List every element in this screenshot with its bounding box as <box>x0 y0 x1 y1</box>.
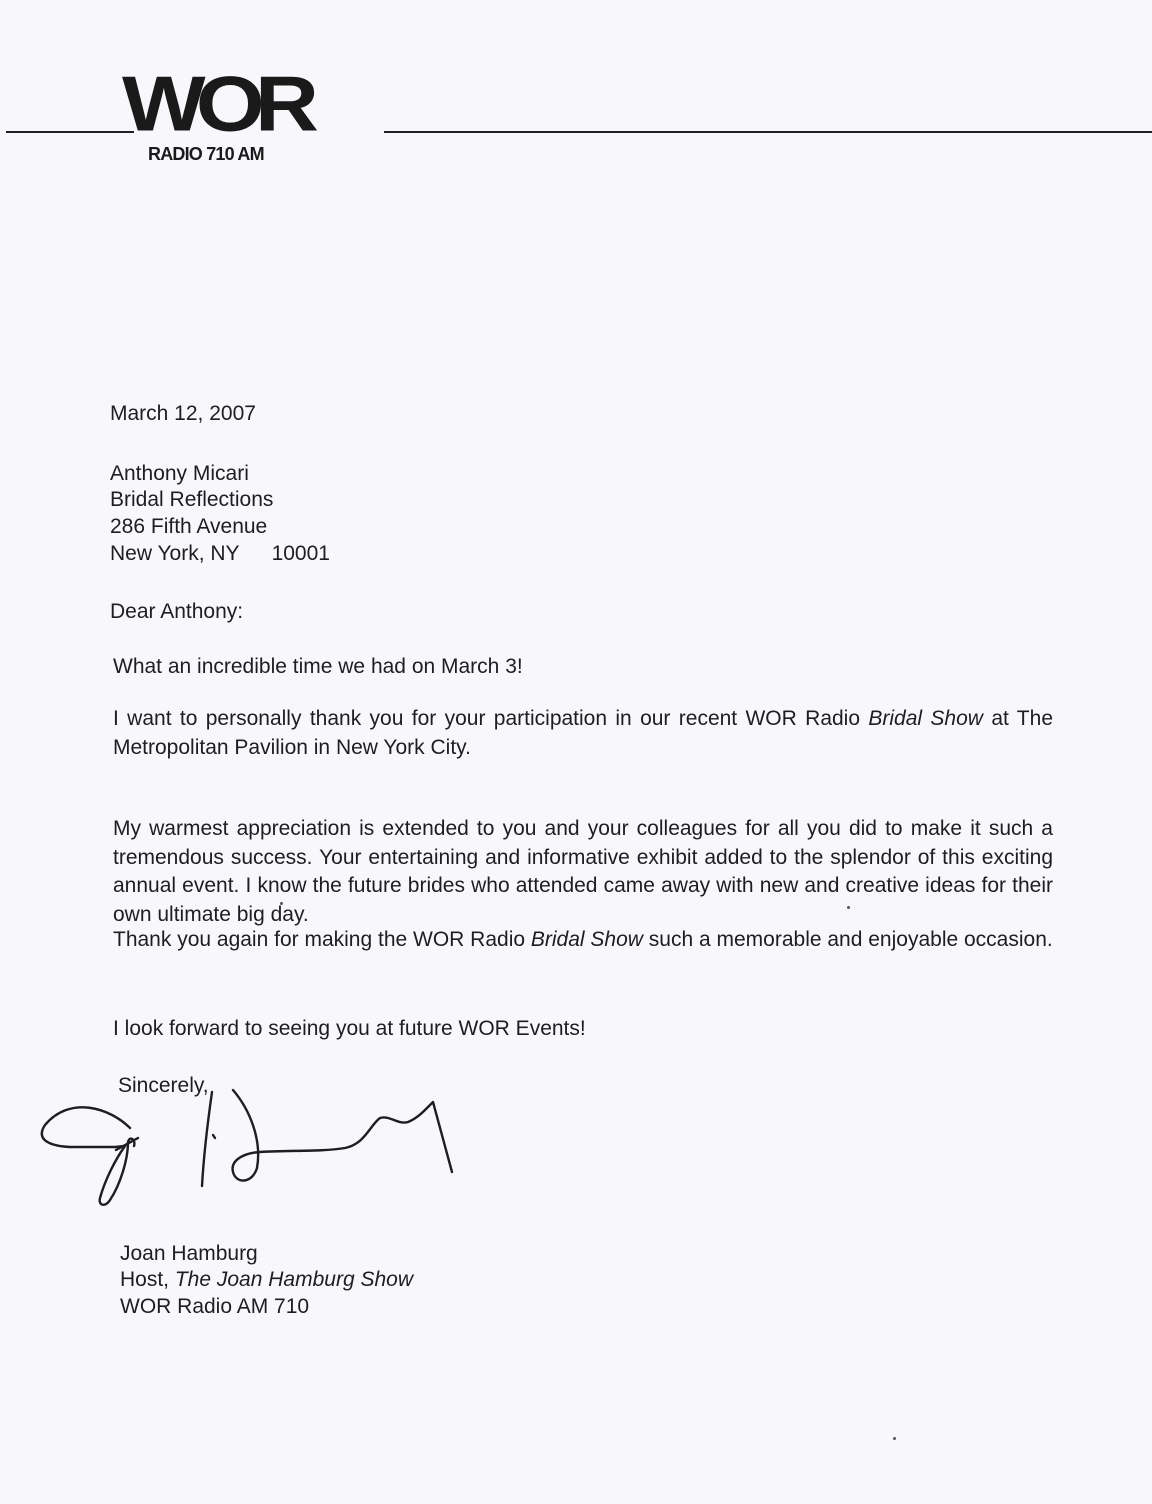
bridal-show-title: Bridal Show <box>868 707 983 730</box>
scan-speck <box>847 906 850 909</box>
recipient-city-state: New York, NY <box>110 542 240 565</box>
paragraph-4-text: Thank you again for making the WOR Radio <box>113 928 525 951</box>
letterhead-rule-left <box>6 131 134 133</box>
scan-speck <box>280 902 283 905</box>
signer-title-prefix: Host, <box>120 1268 169 1291</box>
recipient-company: Bridal Reflections <box>110 486 273 514</box>
signer-name: Joan Hamburg <box>120 1240 258 1268</box>
signer-station: WOR Radio AM 710 <box>120 1293 309 1321</box>
wor-logo: WOR RADIO 710 AM <box>124 66 295 148</box>
logo-subtext: RADIO 710 AM <box>148 144 264 165</box>
recipient-street: 286 Fifth Avenue <box>110 513 267 541</box>
fax-header-left <box>775 0 780 6</box>
paragraph-2-text: I want to personally thank you for your … <box>113 707 860 730</box>
paragraph-4-text-end: such a memorable and enjoyable occasion. <box>649 928 1053 951</box>
signer-show-name: The Joan Hamburg Show <box>175 1268 413 1291</box>
bridal-show-title: Bridal Show <box>531 928 643 951</box>
paragraph-3: My warmest appreciation is extended to y… <box>113 815 1053 929</box>
paragraph-4: Thank you again for making the WOR Radio… <box>113 926 1053 955</box>
signature-icon <box>30 1080 490 1220</box>
fax-header-right <box>1040 0 1045 6</box>
recipient-zip: 10001 <box>272 542 330 565</box>
paragraph-2: I want to personally thank you for your … <box>113 705 1053 762</box>
logo-wordmark: WOR <box>122 66 309 144</box>
scan-speck <box>893 1437 896 1440</box>
letterhead-rule-right <box>384 131 1152 133</box>
letter-date: March 12, 2007 <box>110 400 256 428</box>
paragraph-5: I look forward to seeing you at future W… <box>113 1015 1053 1044</box>
recipient-city-line: New York, NY10001 <box>110 540 330 568</box>
signer-title: Host, The Joan Hamburg Show <box>120 1266 413 1294</box>
salutation: Dear Anthony: <box>110 598 243 626</box>
paragraph-1: What an incredible time we had on March … <box>113 653 1053 682</box>
recipient-name: Anthony Micari <box>110 460 249 488</box>
